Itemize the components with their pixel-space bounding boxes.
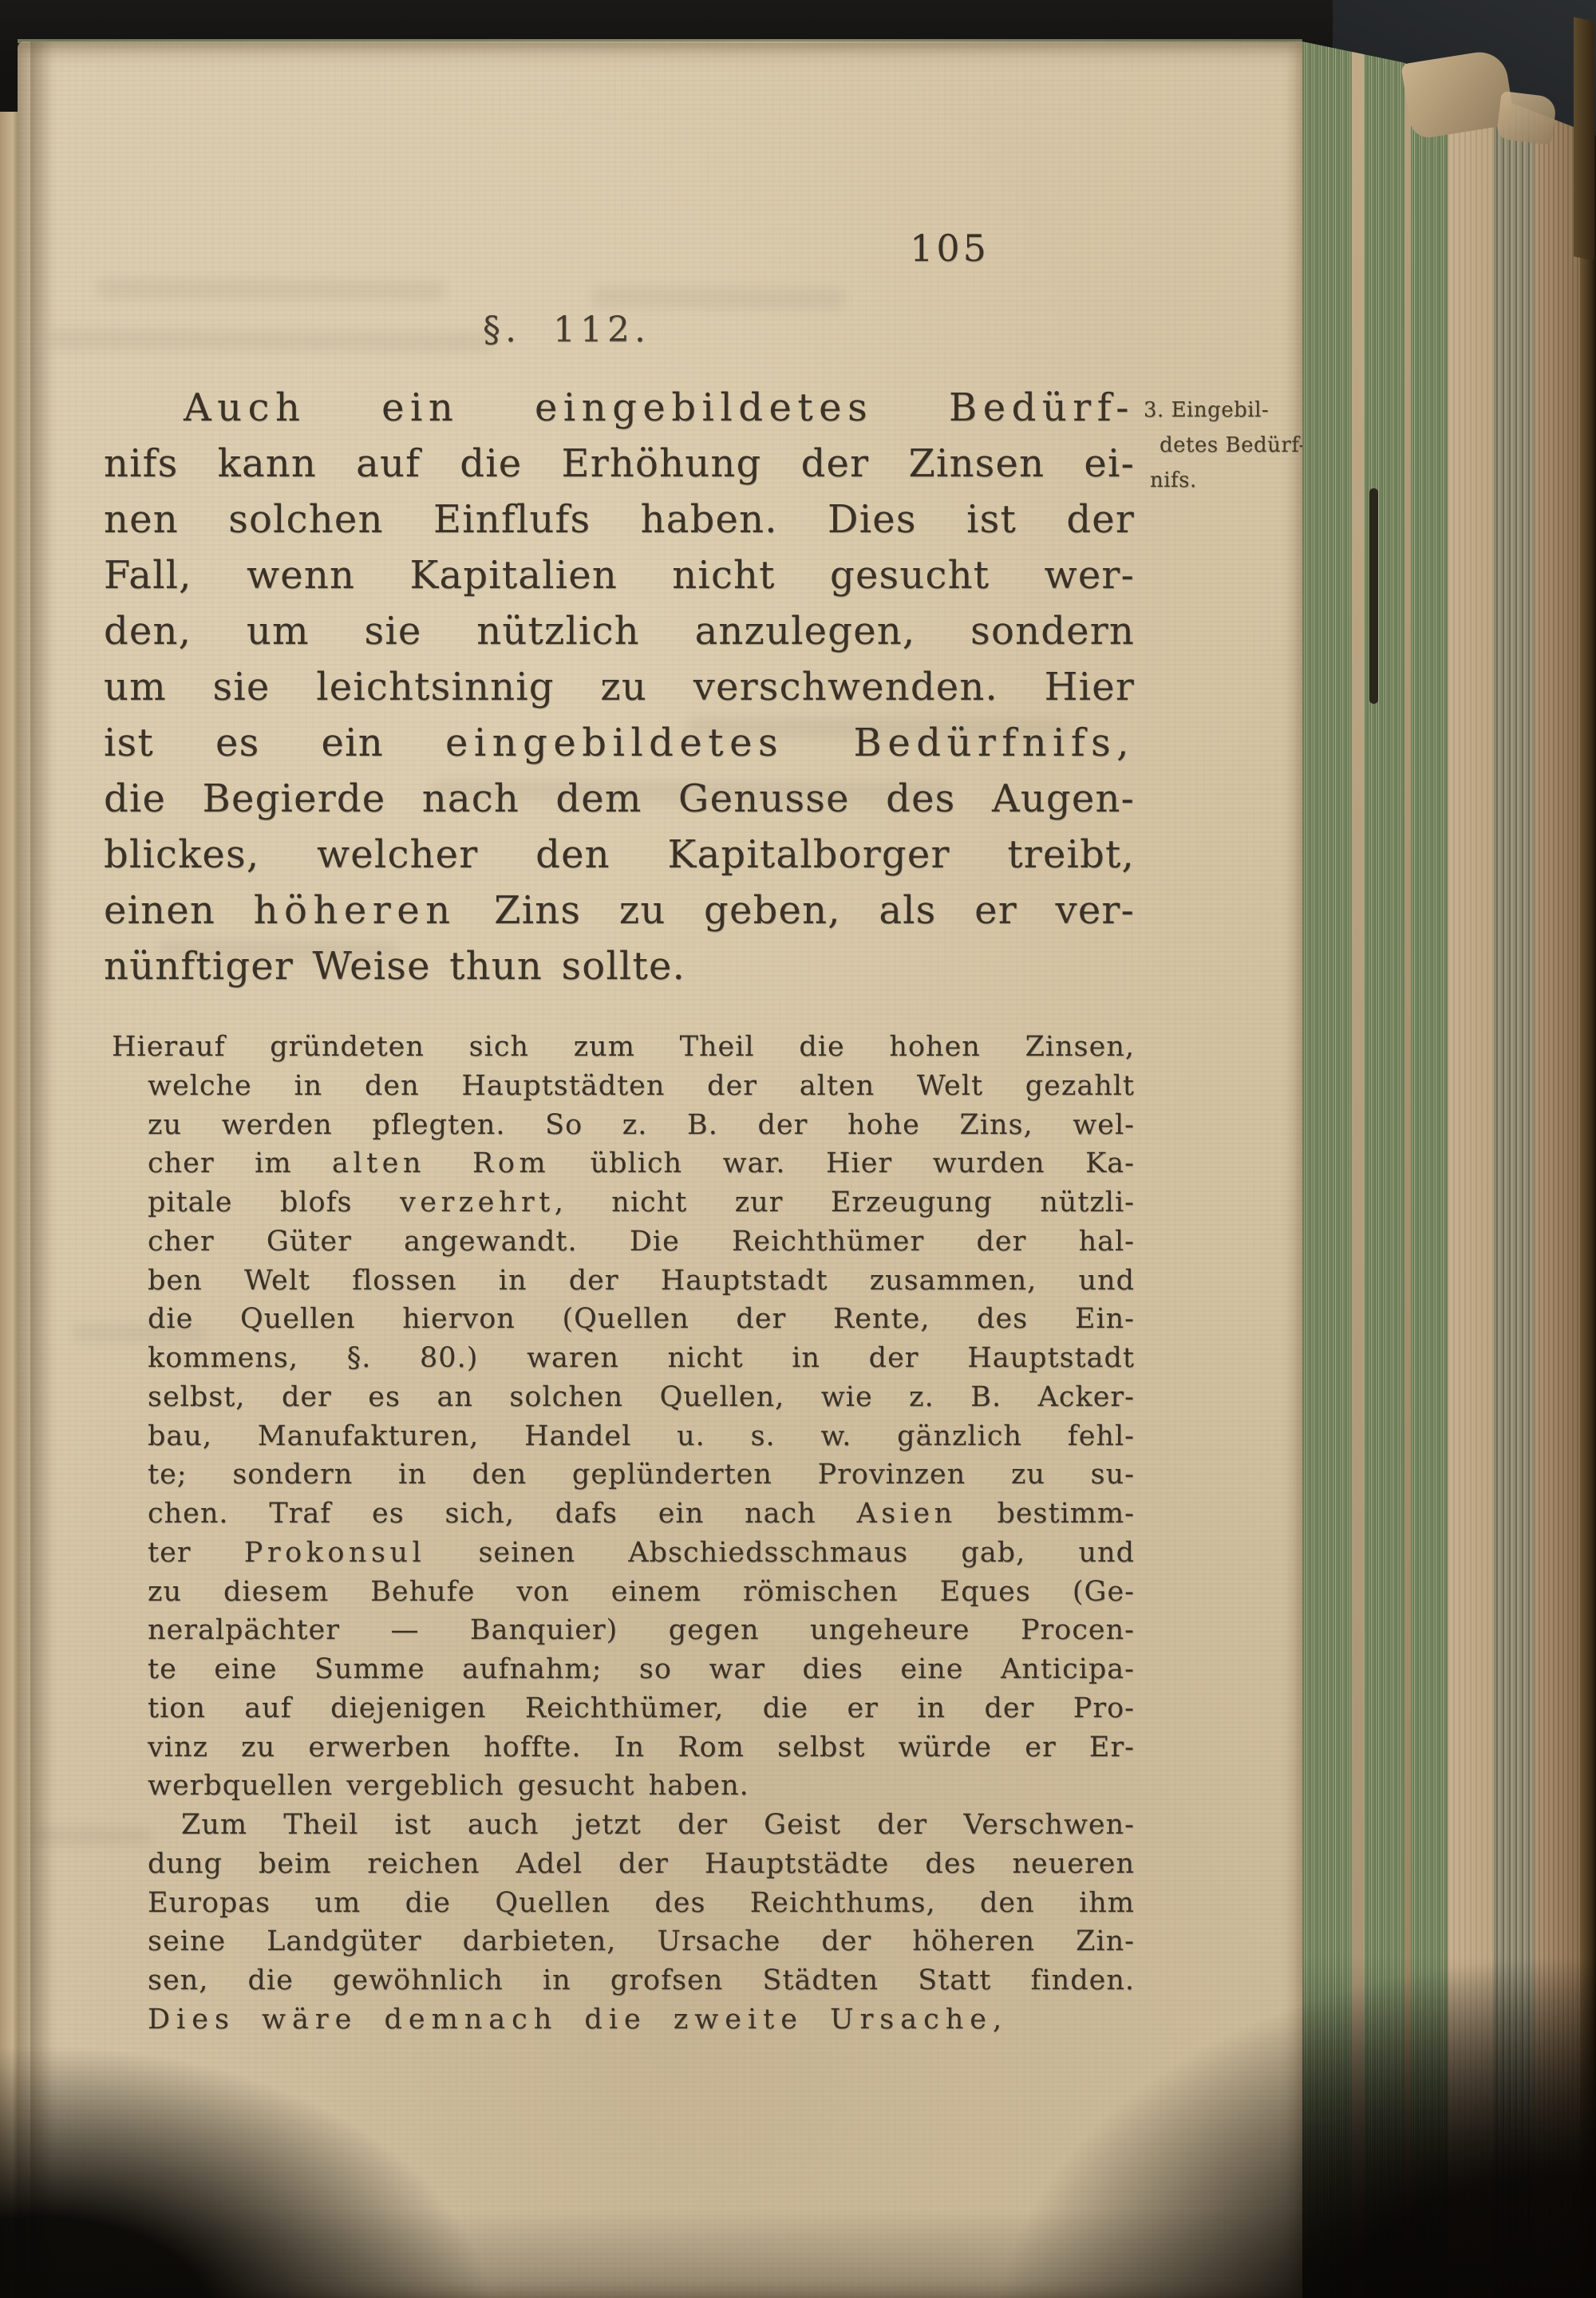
text-segment: bestimm-: [957, 1498, 1135, 1530]
text-line: Auch ein eingebildetes Bedürf-: [184, 380, 1135, 436]
show-through-smudge: [591, 286, 846, 309]
text-segment: Zum Theil ist auch jetzt der Geist der V…: [181, 1809, 1135, 1841]
emphasized-text: Asien: [856, 1498, 956, 1530]
text-segment: cher Güter angewandt. Die Reichthümer de…: [148, 1226, 1135, 1258]
text-line: die Begierde nach dem Genusse des Augen-: [104, 771, 1135, 827]
show-through-smudge: [32, 1826, 152, 1845]
text-segment: seinen Abschiedsschmaus gab, und: [425, 1537, 1135, 1569]
text-line: nen solchen Einflufs haben. Dies ist der: [104, 492, 1135, 547]
text-segment: die Begierde nach dem Genusse des Augen-: [104, 776, 1135, 821]
text-line: werbquellen vergeblich gesucht haben.: [148, 1767, 1135, 1806]
text-segment: nifs kann auf die Erhöhung der Zinsen ei…: [104, 441, 1135, 486]
text-segment: vinz zu erwerben hoffte. In Rom selbst w…: [148, 1731, 1135, 1763]
text-line: kommens, §. 80.) waren nicht in der Haup…: [148, 1339, 1135, 1378]
text-line: te eine Summe aufnahm; so war dies eine …: [148, 1650, 1135, 1689]
text-segment: chen. Traf es sich, dafs ein nach: [148, 1498, 856, 1530]
text-line: einen höheren Zins zu geben, als er ver-: [104, 882, 1135, 938]
text-segment: Fall, wenn Kapitalien nicht gesucht wer-: [104, 553, 1135, 598]
text-segment: üblich war. Hier wurden Ka-: [550, 1147, 1135, 1179]
text-line: dung beim reichen Adel der Hauptstädte d…: [148, 1845, 1135, 1884]
text-segment: te eine Summe aufnahm; so war dies eine …: [148, 1653, 1135, 1685]
text-line: bau, Manufakturen, Handel u. s. w. gänzl…: [148, 1417, 1135, 1456]
text-line: welche in den Hauptstädten der alten Wel…: [148, 1067, 1135, 1106]
text-line: selbst, der es an solchen Quellen, wie z…: [148, 1378, 1135, 1417]
text-line: zu diesem Behufe von einem römischen Equ…: [148, 1573, 1135, 1612]
text-segment: um sie leichtsinnig zu verschwenden. Hie…: [104, 665, 1135, 709]
text-line: tion auf diejenigen Reichthümer, die er …: [148, 1689, 1135, 1728]
text-segment: te; sondern in den geplünderten Provinze…: [148, 1459, 1135, 1491]
text-line: nifs kann auf die Erhöhung der Zinsen ei…: [104, 436, 1135, 492]
text-segment: zu werden pflegten. So z. B. der hohe Zi…: [148, 1109, 1135, 1141]
text-line: nünftiger Weise thun sollte.: [104, 938, 1135, 994]
text-segment: Zins zu geben, als er ver-: [456, 888, 1135, 933]
text-segment: werbquellen vergeblich gesucht haben.: [148, 1770, 749, 1802]
margin-note-line: nifs.: [1150, 463, 1302, 498]
text-segment: sen, die gewöhnlich in grofsen Städten S…: [148, 1964, 1135, 1996]
margin-note-line: detes Bedürf-: [1159, 428, 1302, 463]
fore-edge-dark-gap: [1369, 488, 1378, 704]
text-line: sen, die gewöhnlich in grofsen Städten S…: [148, 1961, 1135, 2000]
text-segment: zu diesem Behufe von einem römischen Equ…: [148, 1576, 1135, 1608]
text-line: Hierauf gründeten sich zum Theil die hoh…: [112, 1028, 1135, 1067]
text-segment: dung beim reichen Adel der Hauptstädte d…: [148, 1848, 1135, 1880]
text-segment: Hierauf gründeten sich zum Theil die hoh…: [112, 1031, 1135, 1063]
show-through-smudge: [96, 278, 447, 301]
text-line: zu werden pflegten. So z. B. der hohe Zi…: [148, 1106, 1135, 1145]
section-heading: §. 112.: [104, 310, 1029, 350]
text-line: ben Welt flossen in der Hauptstadt zusam…: [148, 1262, 1135, 1301]
emphasized-text: Auch ein eingebildetes Bedürf-: [184, 385, 1135, 430]
emphasized-text: verzehrt: [400, 1187, 555, 1218]
text-line: te; sondern in den geplünderten Provinze…: [148, 1455, 1135, 1494]
text-line: vinz zu erwerben hoffte. In Rom selbst w…: [148, 1728, 1135, 1767]
text-line: ter Prokonsul seinen Abschiedsschmaus ga…: [148, 1534, 1135, 1573]
text-segment: cher im: [148, 1147, 332, 1179]
torn-paper-fragment: [1496, 91, 1558, 145]
emphasized-text: Prokonsul: [244, 1537, 425, 1569]
text-line: pitale blofs verzehrt, nicht zur Erzeugu…: [148, 1183, 1135, 1222]
emphasized-text: höheren: [254, 888, 456, 933]
text-line: blickes, welcher den Kapitalborger treib…: [104, 827, 1135, 882]
text-segment: Europas um die Quellen des Reichthums, d…: [148, 1887, 1135, 1919]
text-segment: ben Welt flossen in der Hauptstadt zusam…: [148, 1265, 1135, 1297]
emphasized-text: eingebildetes Bedürfnifs,: [445, 721, 1135, 765]
text-segment: nünftiger Weise thun sollte.: [104, 944, 685, 989]
text-segment: kommens, §. 80.) waren nicht in der Haup…: [148, 1342, 1135, 1374]
text-line: um sie leichtsinnig zu verschwenden. Hie…: [104, 659, 1135, 715]
text-segment: die Quellen hiervon (Quellen der Rente, …: [148, 1303, 1135, 1335]
text-line: ist es ein eingebildetes Bedürfnifs,: [104, 715, 1135, 771]
text-segment: bau, Manufakturen, Handel u. s. w. gänzl…: [148, 1420, 1135, 1452]
emphasized-text: Dies wäre demnach die zweite Ursache,: [148, 2004, 1008, 2035]
text-segment: selbst, der es an solchen Quellen, wie z…: [148, 1381, 1135, 1413]
text-segment: nen solchen Einflufs haben. Dies ist der: [104, 497, 1135, 542]
text-segment: tion auf diejenigen Reichthümer, die er …: [148, 1692, 1135, 1724]
bottom-edge-shadow: [0, 2210, 1596, 2298]
text-line: den, um sie nützlich anzulegen, sondern: [104, 603, 1135, 659]
text-line: cher Güter angewandt. Die Reichthümer de…: [148, 1222, 1135, 1262]
text-line: Fall, wenn Kapitalien nicht gesucht wer-: [104, 547, 1135, 603]
footnote-commentary: Hierauf gründeten sich zum Theil die hoh…: [148, 1028, 1135, 2039]
text-segment: welche in den Hauptstädten der alten Wel…: [148, 1070, 1135, 1102]
text-line: Europas um die Quellen des Reichthums, d…: [148, 1884, 1135, 1923]
book-cover-top-edge: [1574, 17, 1594, 261]
text-segment: , nicht zur Erzeugung nützli-: [555, 1187, 1135, 1218]
text-line: die Quellen hiervon (Quellen der Rente, …: [148, 1300, 1135, 1339]
emphasized-text: alten Rom: [332, 1147, 550, 1179]
text-segment: blickes, welcher den Kapitalborger treib…: [104, 832, 1135, 877]
text-line: seine Landgüter darbieten, Ursache der h…: [148, 1922, 1135, 1961]
margin-note-line: 3. Eingebil-: [1144, 393, 1302, 428]
text-segment: den, um sie nützlich anzulegen, sondern: [104, 609, 1135, 653]
text-line: neralpächter — Banquier) gegen ungeheure…: [148, 1611, 1135, 1650]
text-line: Dies wäre demnach die zweite Ursache,: [148, 2000, 1135, 2039]
text-segment: seine Landgüter darbieten, Ursache der h…: [148, 1925, 1135, 1957]
page-number: 105: [830, 227, 1069, 270]
text-segment: ter: [148, 1537, 244, 1569]
text-segment: pitale blofs: [148, 1187, 400, 1218]
margin-note: 3. Eingebil- detes Bedürf- nifs.: [1144, 393, 1302, 498]
text-segment: neralpächter — Banquier) gegen ungeheure…: [148, 1614, 1135, 1646]
text-line: chen. Traf es sich, dafs ein nach Asien …: [148, 1494, 1135, 1534]
text-segment: ist es ein: [104, 721, 445, 765]
text-line: Zum Theil ist auch jetzt der Geist der V…: [148, 1806, 1135, 1845]
text-segment: einen: [104, 888, 254, 933]
text-line: cher im alten Rom üblich war. Hier wurde…: [148, 1144, 1135, 1183]
main-paragraph: Auch ein eingebildetes Bedürf-nifs kann …: [104, 380, 1135, 994]
photo-background: 105 §. 112. Auch ein eingebildetes Bedür…: [0, 0, 1596, 2298]
